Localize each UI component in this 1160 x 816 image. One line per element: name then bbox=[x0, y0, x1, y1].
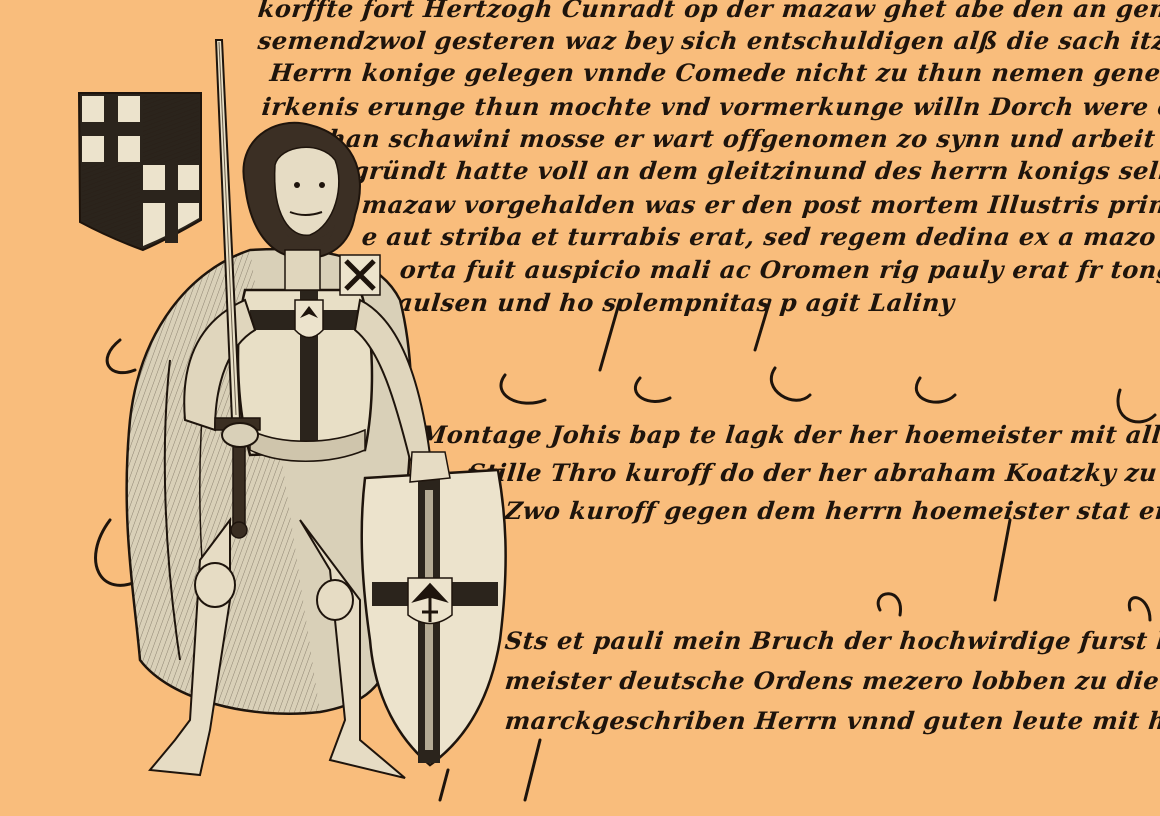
knight-engraving bbox=[0, 0, 1160, 816]
coat-of-arms bbox=[79, 93, 201, 250]
illustration-canvas: korffte fort Hertzogh Cunradt op der maz… bbox=[0, 0, 1160, 816]
knight-shield bbox=[362, 452, 506, 765]
